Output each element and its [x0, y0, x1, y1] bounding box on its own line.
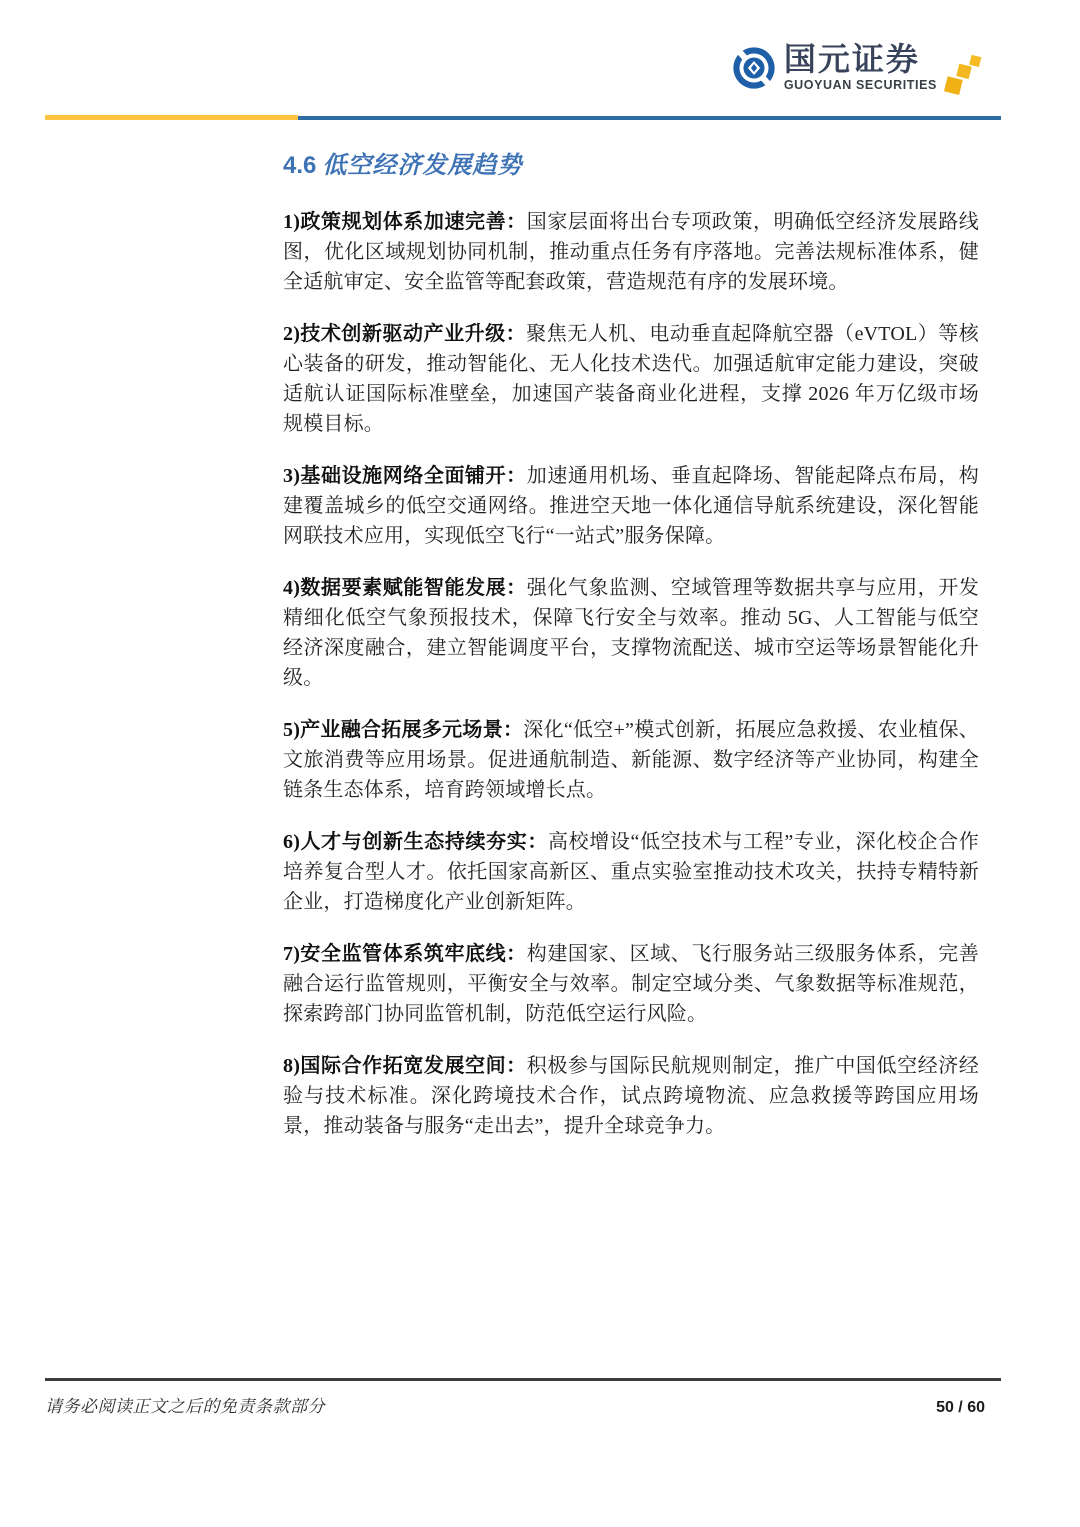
- logo-diamonds-icon: [943, 54, 985, 96]
- paragraph-1-policy: 1)政策规划体系加速完善：国家层面将出台专项政策，明确低空经济发展路线图，优化区…: [283, 207, 979, 297]
- paragraph-3-infrastructure: 3)基础设施网络全面铺开：加速通用机场、垂直起降场、智能起降点布局，构建覆盖城乡…: [283, 461, 979, 551]
- disclaimer-text: 请务必阅读正文之后的免责条款部分: [45, 1392, 325, 1417]
- section-number: 4.6: [283, 152, 316, 179]
- paragraph-lead: 8)国际合作拓宽发展空间：: [283, 1055, 527, 1077]
- paragraph-lead: 3)基础设施网络全面铺开：: [283, 465, 527, 487]
- section-title: 4.6低空经济发展趋势: [283, 152, 979, 180]
- header-rule: [45, 115, 1001, 119]
- page-footer: 请务必阅读正文之后的免责条款部分 50 / 60: [45, 1392, 985, 1417]
- paragraph-6-talent: 6)人才与创新生态持续夯实：高校增设“低空技术与工程”专业，深化校企合作培养复合…: [283, 827, 979, 917]
- guoyuan-logo: 国元证券 GUOYUAN SECURITIES: [732, 42, 985, 96]
- paragraph-lead: 4)数据要素赋能智能发展：: [283, 577, 527, 599]
- report-content: 4.6低空经济发展趋势 1)政策规划体系加速完善：国家层面将出台专项政策，明确低…: [283, 152, 979, 1163]
- logo-text: 国元证券 GUOYUAN SECURITIES: [784, 42, 937, 92]
- logo-name-cn: 国元证券: [784, 42, 937, 76]
- paragraph-lead: 1)政策规划体系加速完善：: [283, 211, 527, 233]
- paragraph-lead: 7)安全监管体系筑牢底线：: [283, 943, 527, 965]
- report-page: 国元证券 GUOYUAN SECURITIES 4.6低空经济发展趋势 1)政策…: [0, 0, 1080, 1527]
- paragraph-5-industry: 5)产业融合拓展多元场景：深化“低空+”模式创新，拓展应急救援、农业植保、文旅消…: [283, 715, 979, 805]
- header-rule-yellow-segment: [45, 115, 298, 120]
- paragraph-4-data: 4)数据要素赋能智能发展：强化气象监测、空域管理等数据共享与应用，开发精细化低空…: [283, 573, 979, 693]
- footer-rule: [45, 1378, 1001, 1381]
- logo-name-en: GUOYUAN SECURITIES: [784, 78, 937, 92]
- paragraph-8-international: 8)国际合作拓宽发展空间：积极参与国际民航规则制定，推广中国低空经济经验与技术标…: [283, 1051, 979, 1141]
- paragraph-7-safety: 7)安全监管体系筑牢底线：构建国家、区域、飞行服务站三级服务体系，完善融合运行监…: [283, 939, 979, 1029]
- section-title-text: 低空经济发展趋势: [322, 153, 522, 179]
- paragraph-lead: 6)人才与创新生态持续夯实：: [283, 831, 548, 853]
- guoyuan-ring-icon: [732, 46, 776, 90]
- paragraph-2-technology: 2)技术创新驱动产业升级：聚焦无人机、电动垂直起降航空器（eVTOL）等核心装备…: [283, 319, 979, 439]
- paragraph-lead: 5)产业融合拓展多元场景：: [283, 719, 523, 741]
- page-number: 50 / 60: [936, 1399, 985, 1417]
- paragraph-lead: 2)技术创新驱动产业升级：: [283, 323, 526, 345]
- header-rule-blue-segment: [298, 116, 1001, 120]
